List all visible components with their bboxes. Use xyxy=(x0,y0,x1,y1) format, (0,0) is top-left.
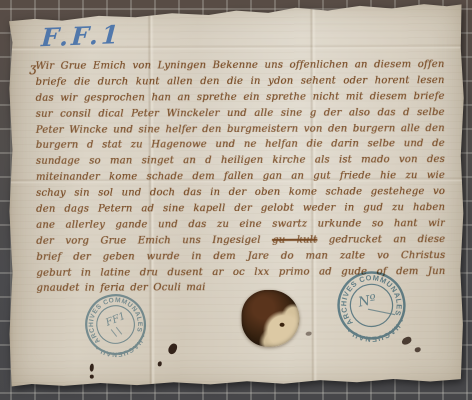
manuscript-line: Wir Grue Emich von Lyningen Bekenne uns … xyxy=(35,57,444,75)
manuscript-line: Peter Wincke und sine helfer den burgmei… xyxy=(36,121,445,139)
stamp-number-label: Nº xyxy=(356,292,378,310)
ink-stain xyxy=(158,361,162,366)
manuscript-line: sundage so man singet an d heiligen kirc… xyxy=(36,152,445,170)
manuscript-document: F.F.1 ʒ Wir Grue Emich von Lyningen Beke… xyxy=(7,2,467,388)
manuscript-line: das wir gesprochen han an sprethe ein sp… xyxy=(36,89,445,107)
manuscript-initial: ʒ xyxy=(29,61,36,75)
manuscript-line: schay sin sol und doch das in der oben k… xyxy=(36,184,445,202)
handwritten-stroke xyxy=(116,326,122,335)
ink-stain xyxy=(306,332,312,336)
manuscript-line: ane allerley gande und das zu eine swart… xyxy=(36,216,445,234)
ink-stain xyxy=(90,375,94,379)
struck-text: gu kult xyxy=(272,234,317,245)
handwritten-stroke xyxy=(111,329,117,338)
manuscript-line: briefe die durch kunt allen den die in y… xyxy=(35,73,444,91)
stamp-handwritten-mark: FF1 xyxy=(103,311,127,329)
ink-stain xyxy=(167,342,178,355)
ink-stain xyxy=(90,364,94,372)
manuscript-line: brief der geben wurde in dem Jare do man… xyxy=(36,248,445,266)
archival-shelfmark: F.F.1 xyxy=(40,20,122,52)
ink-stain xyxy=(415,347,421,352)
photo-background: F.F.1 ʒ Wir Grue Emich von Lyningen Beke… xyxy=(0,0,472,400)
manuscript-text-block: ʒ Wir Grue Emich von Lyningen Bekenne un… xyxy=(35,57,445,297)
manuscript-line-segment: der vorg Grue Emich uns Ingesigel xyxy=(36,235,272,247)
manuscript-line-segment: gedrucket an diese xyxy=(317,234,445,246)
manuscript-line: burgern d stat zu Hagenowe und ne helfan… xyxy=(36,137,445,155)
manuscript-line: miteinander kome schade dem fallen gan a… xyxy=(36,168,445,186)
manuscript-line-with-strikethrough: der vorg Grue Emich uns Ingesigel gu kul… xyxy=(36,232,445,250)
wax-seal xyxy=(241,290,299,347)
manuscript-line: den dags Petern ad sine kapell der gelob… xyxy=(36,200,445,218)
document-wrapper: F.F.1 ʒ Wir Grue Emich von Lyningen Beke… xyxy=(8,3,466,387)
archive-stamp-right: ARCHIVES COMMUNALES • HAGUENAU • Nº xyxy=(328,262,414,348)
manuscript-line: sur consil dical Peter Winckeler und all… xyxy=(36,105,445,123)
